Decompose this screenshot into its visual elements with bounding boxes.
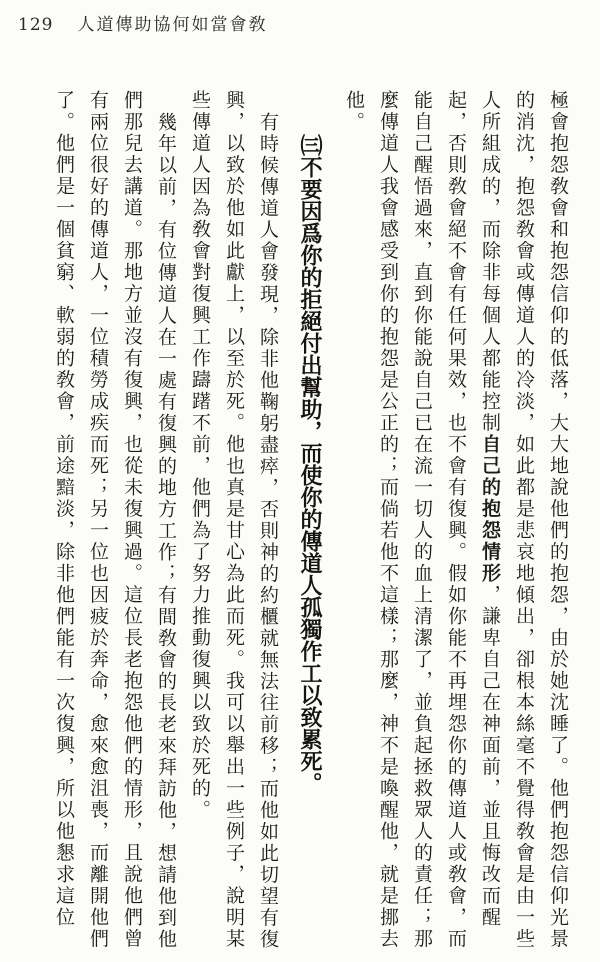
book-page: 129人道傳助協何如當會敎 極會抱怨敎會和抱怨信仰的低落，大大地說他們的抱怨，由… bbox=[0, 0, 600, 962]
page-number: 129 bbox=[18, 15, 53, 35]
section-heading: ㈢不要因爲你的拒絕付出幫助，而使你的傳道人孤獨作工以致累死。 bbox=[284, 90, 336, 952]
emphasis-text: 自己的抱怨情形 bbox=[479, 434, 500, 585]
paragraph-text: ，謙卑自己在神面前，並且悔改而醒起，否則敎會絕不會有任何果效，也不會有復興。假如… bbox=[343, 90, 500, 950]
paragraph-continuation: 極會抱怨敎會和抱怨信仰的低落，大大地說他們的抱怨，由於她沈睡了。他們抱怨信仰光景… bbox=[336, 90, 574, 952]
paragraph: 幾年以前，有位傳道人在一處有復興的地方工作；有間敎會的長老來拜訪他，想請他到他們… bbox=[46, 90, 182, 952]
page-header: 129人道傳助協何如當會敎 bbox=[18, 10, 267, 35]
page-body: 極會抱怨敎會和抱怨信仰的低落，大大地說他們的抱怨，由於她沈睡了。他們抱怨信仰光景… bbox=[24, 90, 574, 952]
paragraph: 有時候傳道人會發現，除非他鞠躬盡瘁，否則神的約櫃就無法往前移；而他如此切望有復興… bbox=[182, 90, 284, 952]
running-title: 人道傳助協何如當會敎 bbox=[77, 15, 267, 34]
